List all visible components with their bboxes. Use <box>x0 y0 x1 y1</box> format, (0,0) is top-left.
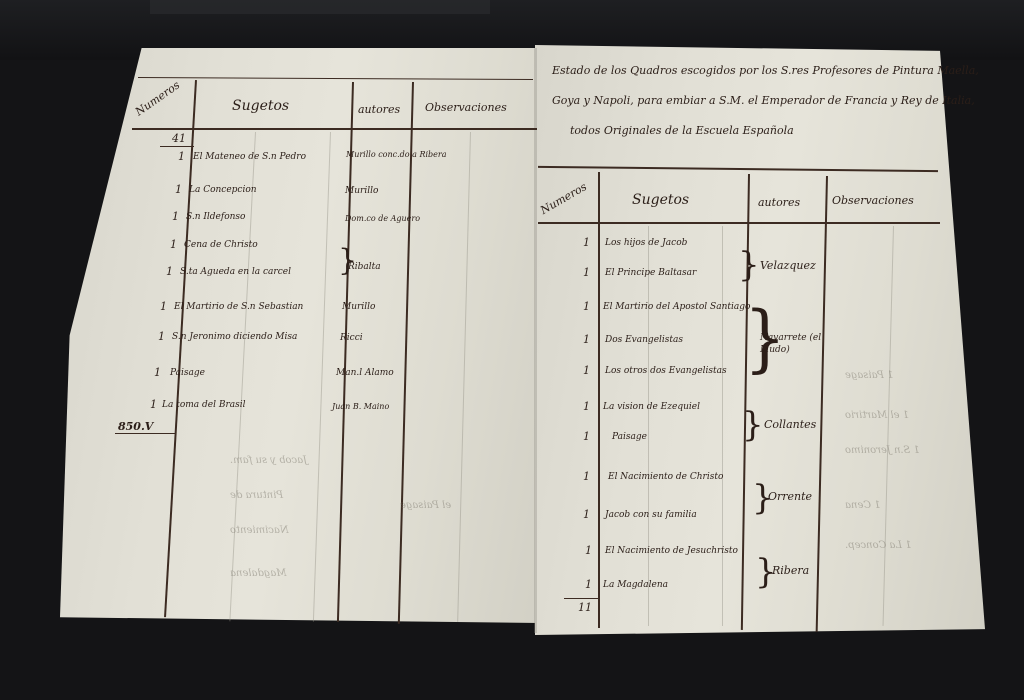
left-header-authors: autores <box>358 103 400 116</box>
left-total-rule <box>115 433 175 434</box>
bleed-through-text: Magdalena <box>230 568 286 579</box>
left-header-observations: Observaciones <box>425 101 507 114</box>
left-grand-total: 850.V <box>118 420 153 433</box>
left-carry-rule <box>160 146 194 147</box>
bleed-through-text: Jacob y su fam. <box>230 455 307 466</box>
right-total: 11 <box>578 601 592 614</box>
left-carried-total: 41 <box>172 132 186 145</box>
right-total-rule <box>564 598 600 599</box>
author-group: Collantes <box>764 418 816 431</box>
document-sheet: Numeros Sugetos autores Observaciones 41… <box>0 0 1024 700</box>
page-fold <box>534 48 537 633</box>
brace-icon: } <box>338 243 357 278</box>
faint-line <box>722 226 723 626</box>
faint-line <box>648 226 649 626</box>
author-group: Navarrete (el Mudo) <box>760 332 822 356</box>
right-header-authors: autores <box>758 196 800 209</box>
left-header-subject: Sugetos <box>232 98 289 114</box>
author-group: Orrente <box>768 490 812 503</box>
bleed-through-text: el Paisage <box>400 500 451 511</box>
right-col1-rule <box>598 172 600 628</box>
bleed-through-text: Pintura de <box>230 490 283 501</box>
left-page <box>60 48 540 623</box>
bleed-through-text: 1 La Concep. <box>845 540 912 551</box>
brace-icon: } <box>742 405 764 445</box>
document-title-line: Goya y Napoli, para embiar a S.M. el Emp… <box>552 94 975 107</box>
right-header-subject: Sugetos <box>632 192 689 208</box>
bleed-through-text: 1 Cena <box>845 500 881 511</box>
right-header-observations: Observaciones <box>832 194 914 207</box>
document-title-line: todos Originales de la Escuela Española <box>570 124 794 137</box>
bleed-through-text: Nacimiento <box>230 525 289 536</box>
bleed-through-text: 1 Paisage <box>845 370 893 381</box>
bleed-through-text: 1 S.n Jeronimo <box>845 445 920 456</box>
bleed-through-text: 1 el Martirio <box>845 410 909 421</box>
document-title-line: Estado de los Quadros escogidos por los … <box>552 64 979 77</box>
author-group: Ribera <box>772 564 809 577</box>
brace-icon: } <box>738 245 760 285</box>
author-group: Velazquez <box>760 259 816 272</box>
